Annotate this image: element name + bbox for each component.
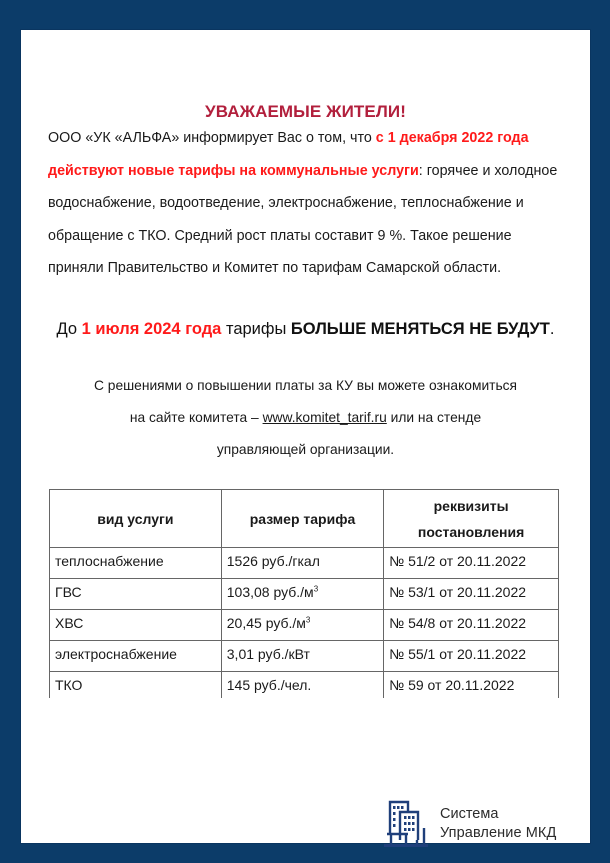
info-block: С решениями о повышении платы за КУ вы м… (21, 370, 590, 466)
tariff-table: вид услуги размер тарифа реквизиты поста… (49, 489, 559, 698)
tariff-table-wrapper: вид услуги размер тарифа реквизиты поста… (49, 489, 559, 698)
rate-value: 103,08 руб./м (227, 584, 314, 600)
tariff-freeze-statement: До 1 июля 2024 года тарифы БОЛЬШЕ МЕНЯТЬ… (21, 320, 590, 339)
notice-title: УВАЖАЕМЫЕ ЖИТЕЛИ! (21, 102, 590, 122)
info-line-1: С решениями о повышении платы за КУ вы м… (21, 370, 590, 402)
buildings-icon (384, 798, 428, 850)
cell-rate: 145 руб./чел. (221, 672, 383, 698)
table-row: электроснабжение3,01 руб./кВт№ 55/1 от 2… (50, 641, 559, 672)
rate-value: 1526 руб./гкал (227, 553, 320, 569)
info-line-2: на сайте комитета – www.komitet_tarif.ru… (21, 402, 590, 434)
cell-decree: № 51/2 от 20.11.2022 (384, 548, 559, 579)
paragraph-intro: ООО «УК «АЛЬФА» информирует Вас о том, ч… (48, 130, 376, 146)
table-row: ГВС103,08 руб./м3№ 53/1 от 20.11.2022 (50, 579, 559, 610)
rate-value: 145 руб./чел. (227, 677, 312, 693)
rate-value: 3,01 руб./кВт (227, 646, 310, 662)
cell-rate: 1526 руб./гкал (221, 548, 383, 579)
header-rate: размер тарифа (221, 490, 383, 548)
cell-service: ГВС (50, 579, 222, 610)
freeze-prefix: До (57, 320, 82, 338)
info-line-3: управляющей организации. (21, 434, 590, 466)
rate-unit-superscript: 3 (306, 615, 310, 624)
freeze-emphasis: БОЛЬШЕ МЕНЯТЬСЯ НЕ БУДУТ (291, 320, 550, 338)
brand-line-2: Управление МКД (440, 824, 556, 843)
brand-text: Система Управление МКД (440, 805, 556, 843)
table-row: ХВС20,45 руб./м3№ 54/8 от 20.11.2022 (50, 610, 559, 641)
notice-card: УВАЖАЕМЫЕ ЖИТЕЛИ! ООО «УК «АЛЬФА» информ… (21, 30, 590, 843)
cell-decree: № 55/1 от 20.11.2022 (384, 641, 559, 672)
cell-decree: № 54/8 от 20.11.2022 (384, 610, 559, 641)
notice-paragraph: ООО «УК «АЛЬФА» информирует Вас о том, ч… (48, 122, 568, 285)
rate-unit-superscript: 3 (314, 584, 318, 593)
cell-service: ТКО (50, 672, 222, 698)
info-line-2-prefix: на сайте комитета – (130, 410, 263, 425)
rate-value: 20,45 руб./м (227, 615, 306, 631)
cell-decree: № 59 от 20.11.2022 (384, 672, 559, 698)
freeze-middle: тарифы (221, 320, 291, 338)
cell-decree: № 53/1 от 20.11.2022 (384, 579, 559, 610)
brand-line-1: Система (440, 805, 556, 824)
header-decree: реквизиты постановления (384, 490, 559, 548)
paragraph-rest: : горячее и холодное водоснабжение, водо… (48, 163, 557, 277)
freeze-date: 1 июля 2024 года (82, 320, 222, 338)
cell-service: теплоснабжение (50, 548, 222, 579)
cell-rate: 3,01 руб./кВт (221, 641, 383, 672)
cell-rate: 20,45 руб./м3 (221, 610, 383, 641)
committee-website-link[interactable]: www.komitet_tarif.ru (263, 410, 387, 425)
table-row: теплоснабжение1526 руб./гкал№ 51/2 от 20… (50, 548, 559, 579)
brand-logo: Система Управление МКД (384, 798, 556, 850)
freeze-suffix: . (550, 320, 555, 338)
table-header-row: вид услуги размер тарифа реквизиты поста… (50, 490, 559, 548)
cell-rate: 103,08 руб./м3 (221, 579, 383, 610)
header-service: вид услуги (50, 490, 222, 548)
cell-service: ХВС (50, 610, 222, 641)
info-line-2-suffix: или на стенде (387, 410, 481, 425)
table-row: ТКО145 руб./чел.№ 59 от 20.11.2022 (50, 672, 559, 698)
cell-service: электроснабжение (50, 641, 222, 672)
